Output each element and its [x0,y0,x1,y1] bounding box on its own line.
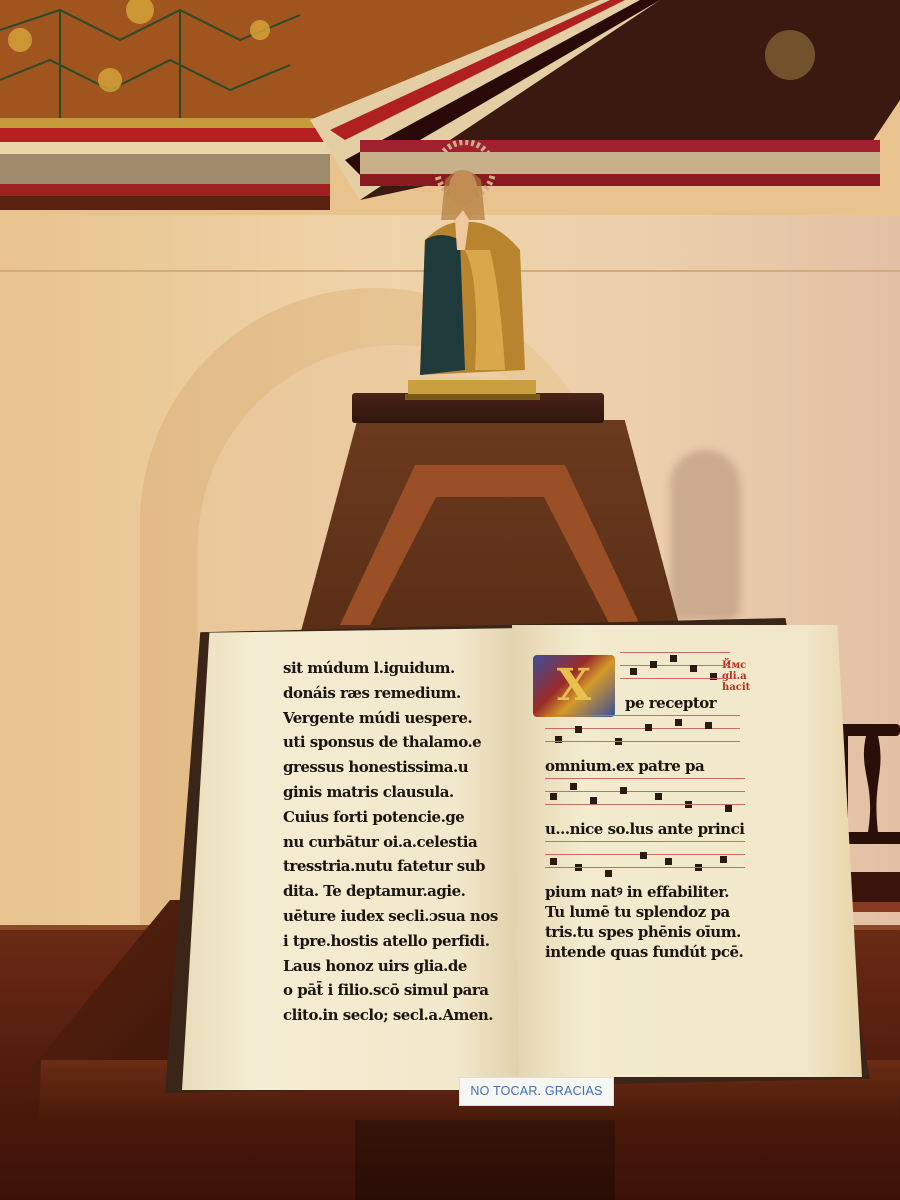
do-not-touch-sign: NO TOCAR. GRACIAS [459,1077,614,1106]
right-page-chant: pe receptor omnium.ex patre pa u...nice … [545,650,775,962]
music-staff [545,778,745,817]
text-line: sit múdum l.iguidum. [283,656,503,681]
text-line: clito.in seclo; secl.a.Amen. [283,1003,503,1028]
chant-lyric: tris.tu spes phēnis oīum. [545,922,775,942]
statue-shadow [670,450,740,620]
chant-lyric: pium natꝰ in effabiliter. [545,882,775,902]
chant-lyric: Tu lumē tu splendoz pa [545,902,775,922]
chant-lyric: pe receptor [625,693,775,713]
chant-lyric: u...nice so.lus ante princi [545,819,775,839]
text-line: tresstria.nutu fatetur sub [283,854,503,879]
music-staff [620,652,730,691]
virgin-statue [405,140,540,400]
text-line: Vergente múdi uespere. [283,706,503,731]
text-line: dita. Te deptamur.agie. [283,879,503,904]
text-line: donáis ræs remedium. [283,681,503,706]
text-line: Cuius forti potencie.ge [283,805,503,830]
music-staff [545,715,740,754]
text-line: i tpre.hostis atello perfidi. [283,929,503,954]
left-page-text: sit múdum l.iguidum. donáis ræs remedium… [283,656,503,1028]
text-line: Laus honoz uirs glia.de [283,954,503,979]
text-line: o pāt̄ i filio.scō simul para [283,978,503,1003]
music-staff [545,841,745,880]
text-line: gressus honestissima.u [283,755,503,780]
text-line: uti sponsus de thalamo.e [283,730,503,755]
text-line: ginis matris clausula. [283,780,503,805]
text-line: nu curbātur oi.a.celestia [283,830,503,855]
chant-lyric: intende quas fundút pcē. [545,942,775,962]
chant-lyric: omnium.ex patre pa [545,756,775,776]
text-line: uēture iudex secli.ɔsua nos [283,904,503,929]
